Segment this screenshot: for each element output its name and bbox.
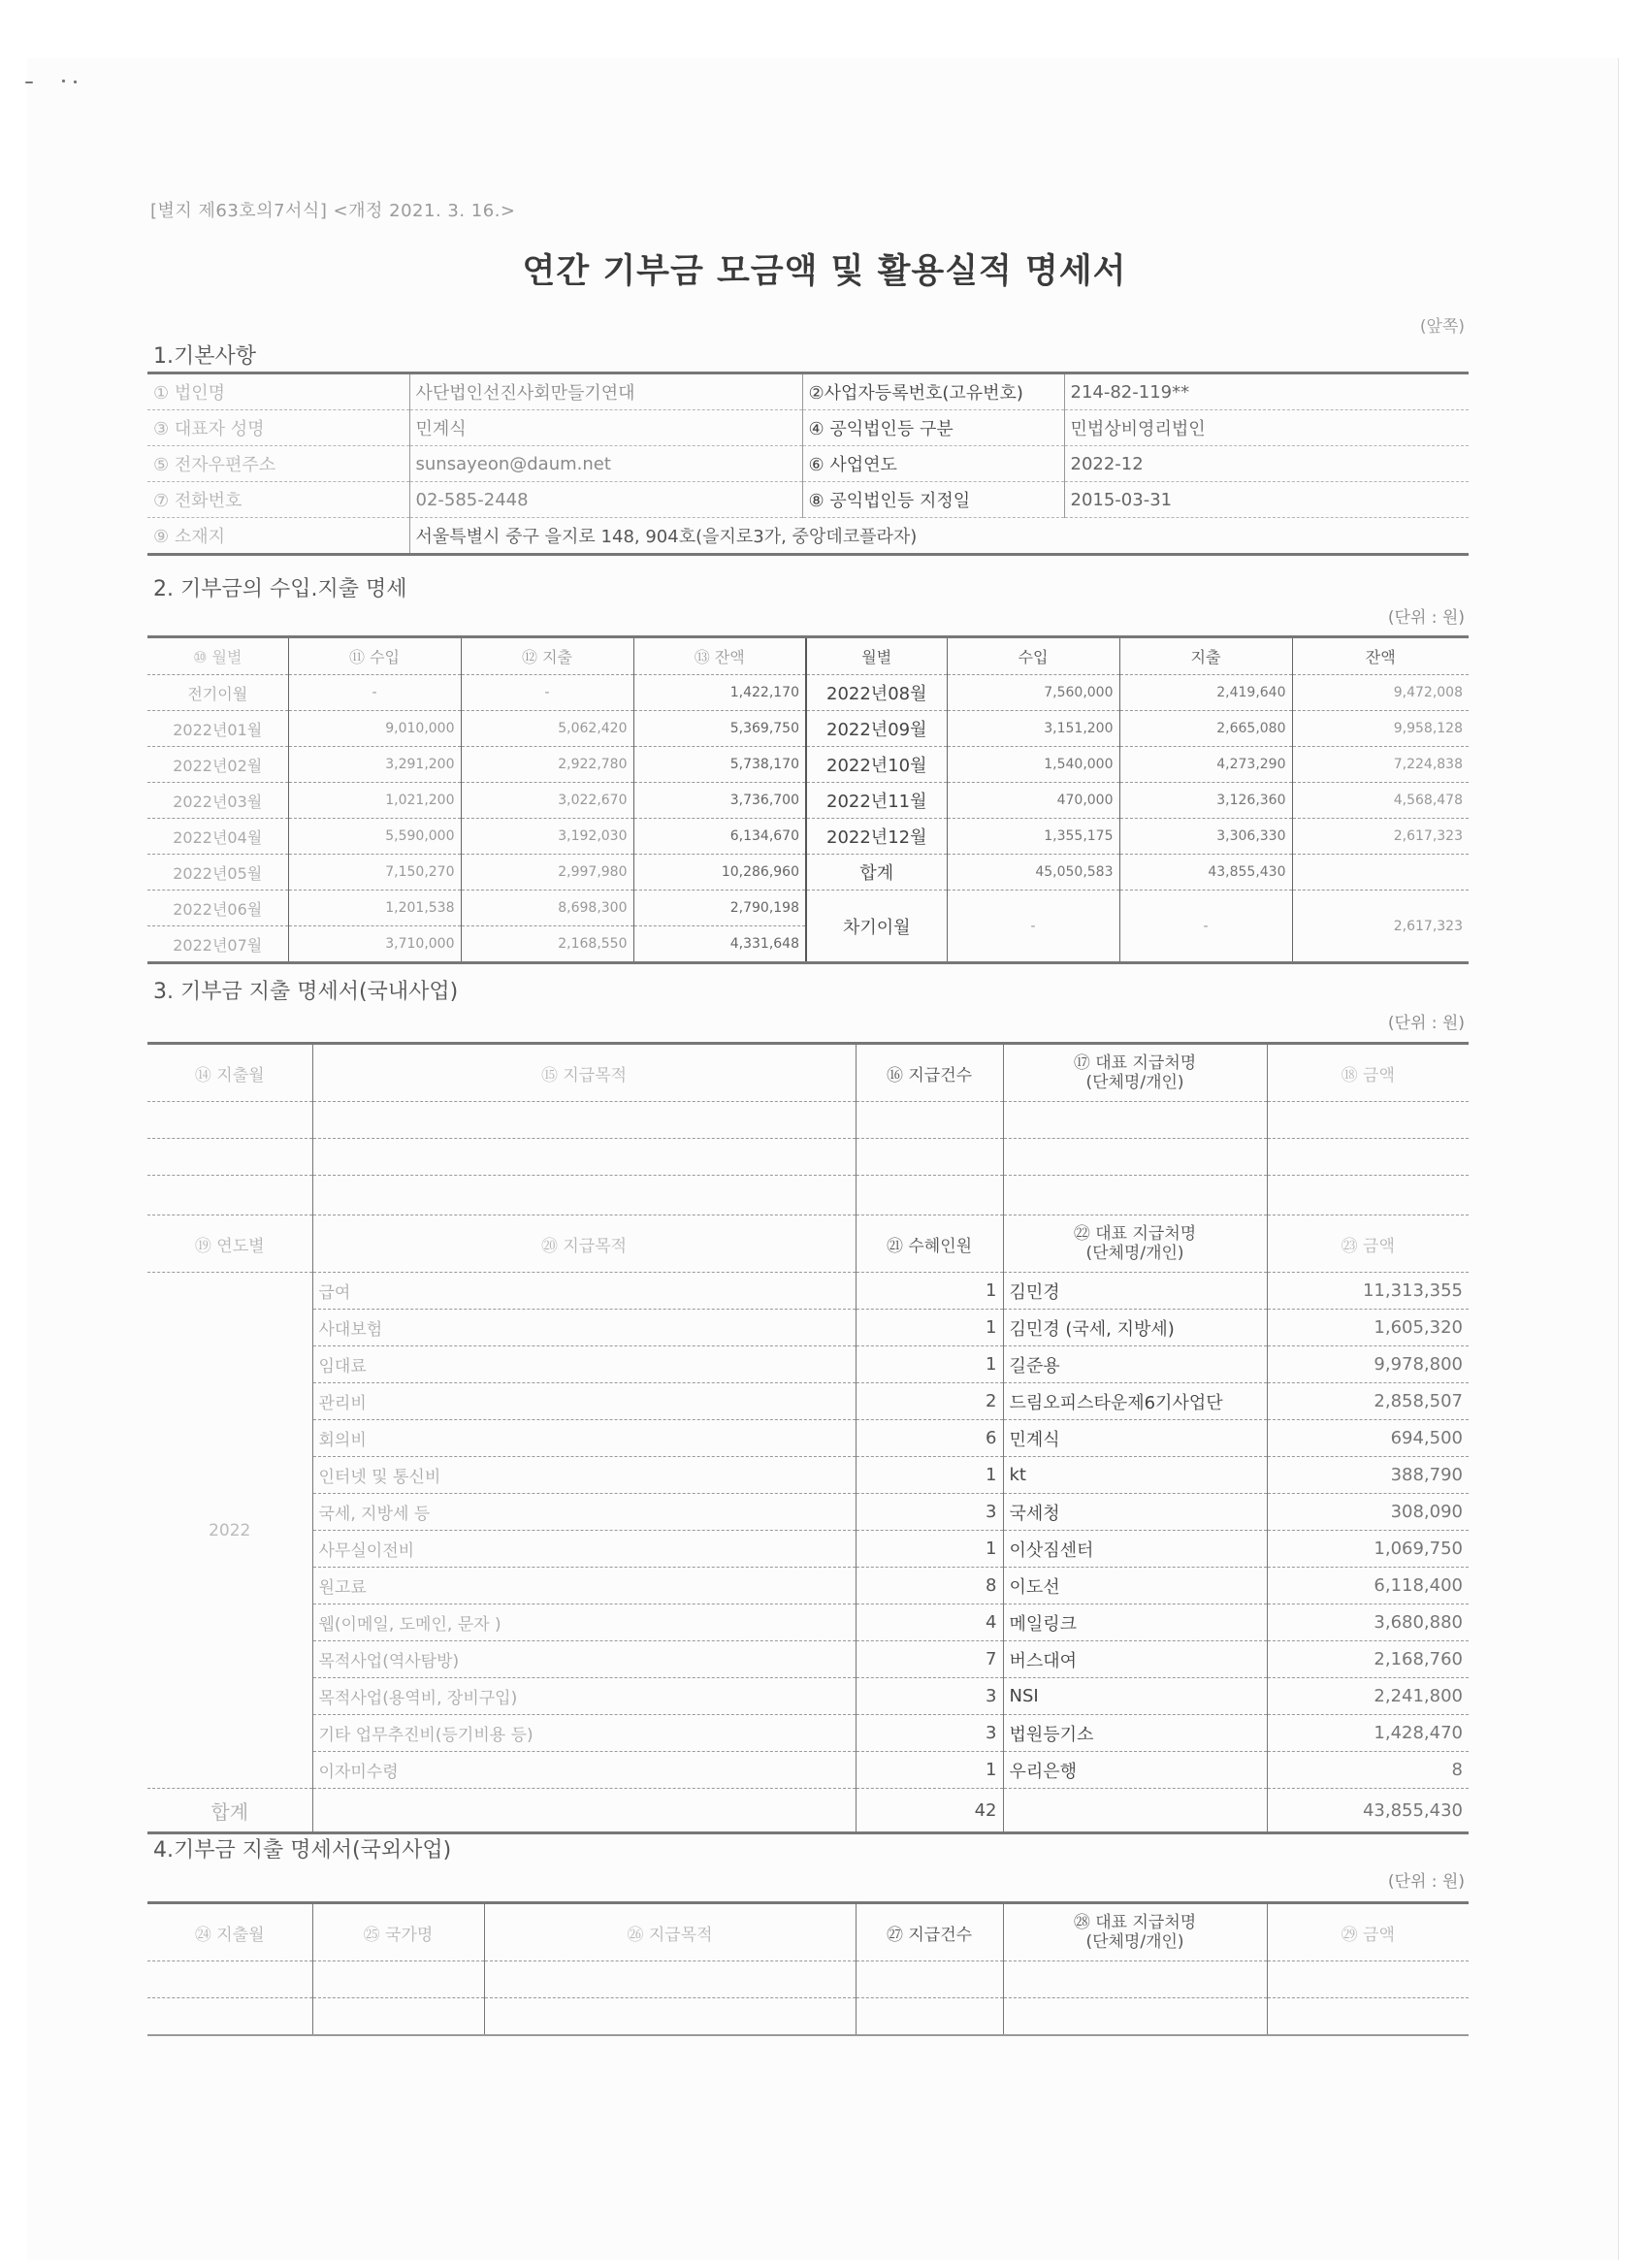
empty-cell xyxy=(1003,1961,1267,1998)
column-header-row: ⑲ 연도별⑳ 지급목적㉑ 수혜인원㉒ 대표 지급처명(단체명/개인)㉓ 금액 xyxy=(147,1215,1469,1273)
column-header-line: ㉘ 대표 지급처명 xyxy=(1010,1913,1261,1932)
income-value: 1,540,000 xyxy=(947,747,1119,783)
balance-value: 2,617,323 xyxy=(1292,819,1469,855)
purpose-cell: 임대료 xyxy=(312,1346,856,1383)
amount-cell: 1,069,750 xyxy=(1267,1531,1469,1568)
month-row: 2022년03월1,021,2003,022,6703,736,7002022년… xyxy=(147,783,1469,819)
domestic-expense-table: ⑭ 지출월⑮ 지급목적⑯ 지급건수⑰ 대표 지급처명(단체명/개인)⑱ 금액⑲ … xyxy=(147,1042,1469,1834)
expense-row: 사대보험1김민경 (국세, 지방세)1,605,320 xyxy=(147,1310,1469,1346)
overseas-expense-table: ㉔ 지출월㉕ 국가명㉖ 지급목적㉗ 지급건수㉘ 대표 지급처명(단체명/개인)㉙… xyxy=(147,1901,1469,2036)
column-header: ㉓ 금액 xyxy=(1267,1215,1469,1273)
payee-cell: 국세청 xyxy=(1003,1494,1267,1531)
column-header-row: ⑭ 지출월⑮ 지급목적⑯ 지급건수⑰ 대표 지급처명(단체명/개인)⑱ 금액 xyxy=(147,1044,1469,1102)
column-header: ⑮ 지급목적 xyxy=(312,1044,856,1102)
field-label: ⑧ 공익법인등 지정일 xyxy=(802,482,1064,518)
basic-info-table: ① 법인명사단법인선진사회만들기연대②사업자등록번호(고유번호)214-82-1… xyxy=(147,372,1469,556)
month-row: 2022년01월9,010,0005,062,4205,369,7502022년… xyxy=(147,711,1469,747)
count-cell: 2 xyxy=(856,1383,1003,1420)
basic-info-row: ⑤ 전자우편주소sunsayeon@daum.net⑥ 사업연도2022-12 xyxy=(147,446,1469,482)
income-value: 45,050,583 xyxy=(947,855,1119,891)
column-header: 지출 xyxy=(1119,637,1292,675)
carry-forward-balance: 2,617,323 xyxy=(1292,891,1469,963)
empty-cell xyxy=(1003,1789,1267,1833)
purpose-cell: 이자미수령 xyxy=(312,1752,856,1789)
empty-cell xyxy=(484,1998,856,2036)
column-header: ㉘ 대표 지급처명(단체명/개인) xyxy=(1003,1903,1267,1961)
column-header: ㉑ 수혜인원 xyxy=(856,1215,1003,1273)
scan-noise xyxy=(25,80,83,89)
purpose-cell: 회의비 xyxy=(312,1420,856,1457)
amount-cell: 3,680,880 xyxy=(1267,1604,1469,1641)
expense-value: 43,855,430 xyxy=(1119,855,1292,891)
payee-cell: 민계식 xyxy=(1003,1420,1267,1457)
income-value: 3,291,200 xyxy=(288,747,461,783)
column-header: ⑭ 지출월 xyxy=(147,1044,312,1102)
field-label: ②사업자등록번호(고유번호) xyxy=(802,373,1064,410)
page-side-label: (앞쪽) xyxy=(1420,312,1465,337)
section3-heading: 3. 기부금 지출 명세서(국내사업) xyxy=(153,975,458,1005)
income-value: - xyxy=(288,675,461,711)
empty-cell xyxy=(1267,1102,1469,1139)
column-header: ㉙ 금액 xyxy=(1267,1903,1469,1961)
month-label: 2022년01월 xyxy=(147,711,288,747)
month-label: 2022년08월 xyxy=(806,675,947,711)
column-header: 월별 xyxy=(806,637,947,675)
count-cell: 3 xyxy=(856,1715,1003,1752)
expense-row: 기타 업무추진비(등기비용 등)3법원등기소1,428,470 xyxy=(147,1715,1469,1752)
empty-cell xyxy=(484,1961,856,1998)
basic-info-row: ① 법인명사단법인선진사회만들기연대②사업자등록번호(고유번호)214-82-1… xyxy=(147,373,1469,410)
empty-cell xyxy=(856,1998,1003,2036)
expense-row: 이자미수령1우리은행8 xyxy=(147,1752,1469,1789)
count-cell: 1 xyxy=(856,1273,1003,1310)
purpose-cell: 관리비 xyxy=(312,1383,856,1420)
field-value: sunsayeon@daum.net xyxy=(409,446,802,482)
income-value: 9,010,000 xyxy=(288,711,461,747)
month-label: 2022년03월 xyxy=(147,783,288,819)
payee-cell: kt xyxy=(1003,1457,1267,1494)
income-value: 1,021,200 xyxy=(288,783,461,819)
payee-cell: NSI xyxy=(1003,1678,1267,1715)
expense-value: 3,126,360 xyxy=(1119,783,1292,819)
expense-value: 3,306,330 xyxy=(1119,819,1292,855)
field-value: 2022-12 xyxy=(1064,446,1469,482)
expense-value: 3,192,030 xyxy=(461,819,633,855)
empty-cell xyxy=(147,1102,312,1139)
count-cell: 4 xyxy=(856,1604,1003,1641)
empty-row xyxy=(147,1961,1469,1998)
month-label: 2022년09월 xyxy=(806,711,947,747)
section2-unit-label: (단위 : 원) xyxy=(1388,603,1465,628)
empty-cell xyxy=(856,1176,1003,1215)
expense-row: 목적사업(용역비, 장비구입)3NSI2,241,800 xyxy=(147,1678,1469,1715)
payee-cell: 메일링크 xyxy=(1003,1604,1267,1641)
empty-cell xyxy=(147,1176,312,1215)
amount-cell: 9,978,800 xyxy=(1267,1346,1469,1383)
empty-cell xyxy=(312,1176,856,1215)
balance-value xyxy=(1292,855,1469,891)
purpose-cell: 원고료 xyxy=(312,1568,856,1604)
amount-cell: 6,118,400 xyxy=(1267,1568,1469,1604)
column-header: ⑲ 연도별 xyxy=(147,1215,312,1273)
basic-info-row: ③ 대표자 성명민계식④ 공익법인등 구분민법상비영리법인 xyxy=(147,410,1469,446)
balance-value: 3,736,700 xyxy=(633,783,806,819)
empty-cell xyxy=(856,1139,1003,1176)
empty-row xyxy=(147,1102,1469,1139)
form-number-label: [별지 제63호의7서식] <개정 2021. 3. 16.> xyxy=(150,197,516,222)
income-value: 1,201,538 xyxy=(288,891,461,926)
basic-info-row: ⑦ 전화번호02-585-2448⑧ 공익법인등 지정일2015-03-31 xyxy=(147,482,1469,518)
field-value: 민법상비영리법인 xyxy=(1064,410,1469,446)
payee-cell: 이도선 xyxy=(1003,1568,1267,1604)
empty-cell xyxy=(1267,1961,1469,1998)
column-header: ⑱ 금액 xyxy=(1267,1044,1469,1102)
column-header: ㉗ 지급건수 xyxy=(856,1903,1003,1961)
balance-value: 10,286,960 xyxy=(633,855,806,891)
count-cell: 1 xyxy=(856,1310,1003,1346)
empty-cell xyxy=(312,1102,856,1139)
month-label: 전기이월 xyxy=(147,675,288,711)
total-row: 합계4243,855,430 xyxy=(147,1789,1469,1833)
month-label: 2022년04월 xyxy=(147,819,288,855)
empty-cell xyxy=(1003,1139,1267,1176)
field-value: 2015-03-31 xyxy=(1064,482,1469,518)
field-label: ④ 공익법인등 구분 xyxy=(802,410,1064,446)
carry-forward-income: - xyxy=(947,891,1119,963)
month-label: 2022년05월 xyxy=(147,855,288,891)
empty-cell xyxy=(1267,1998,1469,2036)
carry-forward-label: 차기이월 xyxy=(806,891,947,963)
payee-cell: 길준용 xyxy=(1003,1346,1267,1383)
column-header: ⑬ 잔액 xyxy=(633,637,806,675)
empty-cell xyxy=(147,1998,312,2036)
purpose-cell: 사대보험 xyxy=(312,1310,856,1346)
payee-cell: 이삿짐센터 xyxy=(1003,1531,1267,1568)
column-header-line: (단체명/개인) xyxy=(1010,1244,1261,1263)
count-cell: 3 xyxy=(856,1494,1003,1531)
income-value: 7,560,000 xyxy=(947,675,1119,711)
amount-cell: 388,790 xyxy=(1267,1457,1469,1494)
balance-value: 4,568,478 xyxy=(1292,783,1469,819)
balance-value: 6,134,670 xyxy=(633,819,806,855)
amount-cell: 8 xyxy=(1267,1752,1469,1789)
count-cell: 3 xyxy=(856,1678,1003,1715)
column-header: ⑯ 지급건수 xyxy=(856,1044,1003,1102)
field-label: ⑥ 사업연도 xyxy=(802,446,1064,482)
balance-value: 9,958,128 xyxy=(1292,711,1469,747)
month-label: 2022년12월 xyxy=(806,819,947,855)
count-cell: 1 xyxy=(856,1346,1003,1383)
column-header: 잔액 xyxy=(1292,637,1469,675)
section4-heading: 4.기부금 지출 명세서(국외사업) xyxy=(153,1833,451,1863)
field-value: 민계식 xyxy=(409,410,802,446)
month-label: 2022년10월 xyxy=(806,747,947,783)
expense-value: 2,665,080 xyxy=(1119,711,1292,747)
empty-cell xyxy=(1267,1176,1469,1215)
field-label: ⑦ 전화번호 xyxy=(147,482,409,518)
empty-cell xyxy=(1267,1139,1469,1176)
empty-cell xyxy=(312,1961,484,1998)
month-row: 2022년04월5,590,0003,192,0306,134,6702022년… xyxy=(147,819,1469,855)
empty-cell xyxy=(1003,1176,1267,1215)
payee-cell: 법원등기소 xyxy=(1003,1715,1267,1752)
amount-cell: 694,500 xyxy=(1267,1420,1469,1457)
expense-row: 사무실이전비1이삿짐센터1,069,750 xyxy=(147,1531,1469,1568)
amount-cell: 1,605,320 xyxy=(1267,1310,1469,1346)
field-value: 사단법인선진사회만들기연대 xyxy=(409,373,802,410)
month-row: 2022년05월7,150,2702,997,98010,286,960합계45… xyxy=(147,855,1469,891)
month-label: 2022년07월 xyxy=(147,926,288,963)
expense-row: 웹(이메일, 도메인, 문자 )4메일링크3,680,880 xyxy=(147,1604,1469,1641)
column-header: ㉖ 지급목적 xyxy=(484,1903,856,1961)
expense-value: 8,698,300 xyxy=(461,891,633,926)
column-header: ⑩ 월별 xyxy=(147,637,288,675)
count-cell: 6 xyxy=(856,1420,1003,1457)
purpose-cell: 목적사업(용역비, 장비구입) xyxy=(312,1678,856,1715)
expense-value: 3,022,670 xyxy=(461,783,633,819)
column-header: ㉔ 지출월 xyxy=(147,1903,312,1961)
count-cell: 7 xyxy=(856,1641,1003,1678)
empty-cell xyxy=(312,1139,856,1176)
purpose-cell: 목적사업(역사탐방) xyxy=(312,1641,856,1678)
address-row: ⑨ 소재지서울특별시 중구 을지로 148, 904호(을지로3가, 중앙데코플… xyxy=(147,518,1469,555)
payee-cell: 버스대여 xyxy=(1003,1641,1267,1678)
column-header: ⑫ 지출 xyxy=(461,637,633,675)
balance-value: 5,369,750 xyxy=(633,711,806,747)
carry-forward-expense: - xyxy=(1119,891,1292,963)
expense-row: 원고료8이도선6,118,400 xyxy=(147,1568,1469,1604)
month-label: 합계 xyxy=(806,855,947,891)
amount-cell: 1,428,470 xyxy=(1267,1715,1469,1752)
purpose-cell: 인터넷 및 통신비 xyxy=(312,1457,856,1494)
column-header-line: ⑰ 대표 지급처명 xyxy=(1010,1053,1261,1073)
income-value: 1,355,175 xyxy=(947,819,1119,855)
purpose-cell: 사무실이전비 xyxy=(312,1531,856,1568)
year-cell: 2022 xyxy=(147,1273,312,1789)
expense-value: 2,922,780 xyxy=(461,747,633,783)
section4-unit-label: (단위 : 원) xyxy=(1388,1867,1465,1892)
count-cell: 1 xyxy=(856,1457,1003,1494)
total-amount: 43,855,430 xyxy=(1267,1789,1469,1833)
empty-cell xyxy=(312,1998,484,2036)
income-expense-table: ⑩ 월별⑪ 수입⑫ 지출⑬ 잔액월별수입지출잔액전기이월--1,422,1702… xyxy=(147,635,1469,964)
amount-cell: 2,241,800 xyxy=(1267,1678,1469,1715)
amount-cell: 11,313,355 xyxy=(1267,1273,1469,1310)
month-label: 2022년11월 xyxy=(806,783,947,819)
count-cell: 1 xyxy=(856,1531,1003,1568)
month-label: 2022년02월 xyxy=(147,747,288,783)
balance-value: 4,331,648 xyxy=(633,926,806,963)
total-label: 합계 xyxy=(147,1789,312,1833)
section2-heading: 2. 기부금의 수입.지출 명세 xyxy=(153,572,406,602)
expense-row: 2022급여1김민경11,313,355 xyxy=(147,1273,1469,1310)
empty-cell xyxy=(147,1139,312,1176)
expense-value: 2,997,980 xyxy=(461,855,633,891)
column-header: 수입 xyxy=(947,637,1119,675)
column-header: ㉒ 대표 지급처명(단체명/개인) xyxy=(1003,1215,1267,1273)
address-value: 서울특별시 중구 을지로 148, 904호(을지로3가, 중앙데코플라자) xyxy=(409,518,1469,555)
month-row: 2022년06월1,201,5388,698,3002,790,198차기이월-… xyxy=(147,891,1469,926)
balance-value: 7,224,838 xyxy=(1292,747,1469,783)
balance-value: 1,422,170 xyxy=(633,675,806,711)
column-header-row: ㉔ 지출월㉕ 국가명㉖ 지급목적㉗ 지급건수㉘ 대표 지급처명(단체명/개인)㉙… xyxy=(147,1903,1469,1961)
expense-row: 회의비6민계식694,500 xyxy=(147,1420,1469,1457)
purpose-cell: 국세, 지방세 등 xyxy=(312,1494,856,1531)
section3-unit-label: (단위 : 원) xyxy=(1388,1009,1465,1033)
count-cell: 1 xyxy=(856,1752,1003,1789)
amount-cell: 308,090 xyxy=(1267,1494,1469,1531)
income-value: 7,150,270 xyxy=(288,855,461,891)
expense-value: 2,419,640 xyxy=(1119,675,1292,711)
column-header-line: (단체명/개인) xyxy=(1010,1932,1261,1952)
expense-row: 관리비2드림오피스타운제6기사업단2,858,507 xyxy=(147,1383,1469,1420)
empty-cell xyxy=(312,1789,856,1833)
month-row: 전기이월--1,422,1702022년08월7,560,0002,419,64… xyxy=(147,675,1469,711)
document-title: 연간 기부금 모금액 및 활용실적 명세서 xyxy=(0,244,1649,293)
payee-cell: 드림오피스타운제6기사업단 xyxy=(1003,1383,1267,1420)
income-value: 470,000 xyxy=(947,783,1119,819)
purpose-cell: 웹(이메일, 도메인, 문자 ) xyxy=(312,1604,856,1641)
purpose-cell: 급여 xyxy=(312,1273,856,1310)
income-expense-header: ⑩ 월별⑪ 수입⑫ 지출⑬ 잔액월별수입지출잔액 xyxy=(147,637,1469,675)
income-value: 3,710,000 xyxy=(288,926,461,963)
empty-row xyxy=(147,1998,1469,2036)
column-header-line: (단체명/개인) xyxy=(1010,1073,1261,1092)
expense-row: 임대료1길준용9,978,800 xyxy=(147,1346,1469,1383)
column-header: ⑳ 지급목적 xyxy=(312,1215,856,1273)
expense-value: 2,168,550 xyxy=(461,926,633,963)
expense-row: 인터넷 및 통신비1kt388,790 xyxy=(147,1457,1469,1494)
payee-cell: 우리은행 xyxy=(1003,1752,1267,1789)
expense-row: 목적사업(역사탐방)7버스대여2,168,760 xyxy=(147,1641,1469,1678)
field-label: ① 법인명 xyxy=(147,373,409,410)
empty-cell xyxy=(1003,1102,1267,1139)
empty-cell xyxy=(147,1961,312,1998)
address-label: ⑨ 소재지 xyxy=(147,518,409,555)
field-value: 02-585-2448 xyxy=(409,482,802,518)
income-value: 3,151,200 xyxy=(947,711,1119,747)
empty-cell xyxy=(1003,1998,1267,2036)
purpose-cell: 기타 업무추진비(등기비용 등) xyxy=(312,1715,856,1752)
payee-cell: 김민경 xyxy=(1003,1273,1267,1310)
expense-row: 국세, 지방세 등3국세청308,090 xyxy=(147,1494,1469,1531)
expense-value: 4,273,290 xyxy=(1119,747,1292,783)
month-row: 2022년02월3,291,2002,922,7805,738,1702022년… xyxy=(147,747,1469,783)
expense-value: 5,062,420 xyxy=(461,711,633,747)
total-count: 42 xyxy=(856,1789,1003,1833)
field-label: ③ 대표자 성명 xyxy=(147,410,409,446)
column-header: ⑰ 대표 지급처명(단체명/개인) xyxy=(1003,1044,1267,1102)
amount-cell: 2,858,507 xyxy=(1267,1383,1469,1420)
column-header: ㉕ 국가명 xyxy=(312,1903,484,1961)
count-cell: 8 xyxy=(856,1568,1003,1604)
month-label: 2022년06월 xyxy=(147,891,288,926)
column-header-line: ㉒ 대표 지급처명 xyxy=(1010,1224,1261,1244)
balance-value: 5,738,170 xyxy=(633,747,806,783)
field-label: ⑤ 전자우편주소 xyxy=(147,446,409,482)
empty-row xyxy=(147,1176,1469,1215)
empty-cell xyxy=(856,1102,1003,1139)
empty-row xyxy=(147,1139,1469,1176)
balance-value: 9,472,008 xyxy=(1292,675,1469,711)
payee-cell: 김민경 (국세, 지방세) xyxy=(1003,1310,1267,1346)
amount-cell: 2,168,760 xyxy=(1267,1641,1469,1678)
field-value: 214-82-119** xyxy=(1064,373,1469,410)
expense-value: - xyxy=(461,675,633,711)
column-header: ⑪ 수입 xyxy=(288,637,461,675)
balance-value: 2,790,198 xyxy=(633,891,806,926)
income-value: 5,590,000 xyxy=(288,819,461,855)
section1-heading: 1.기본사항 xyxy=(153,340,256,370)
empty-cell xyxy=(856,1961,1003,1998)
